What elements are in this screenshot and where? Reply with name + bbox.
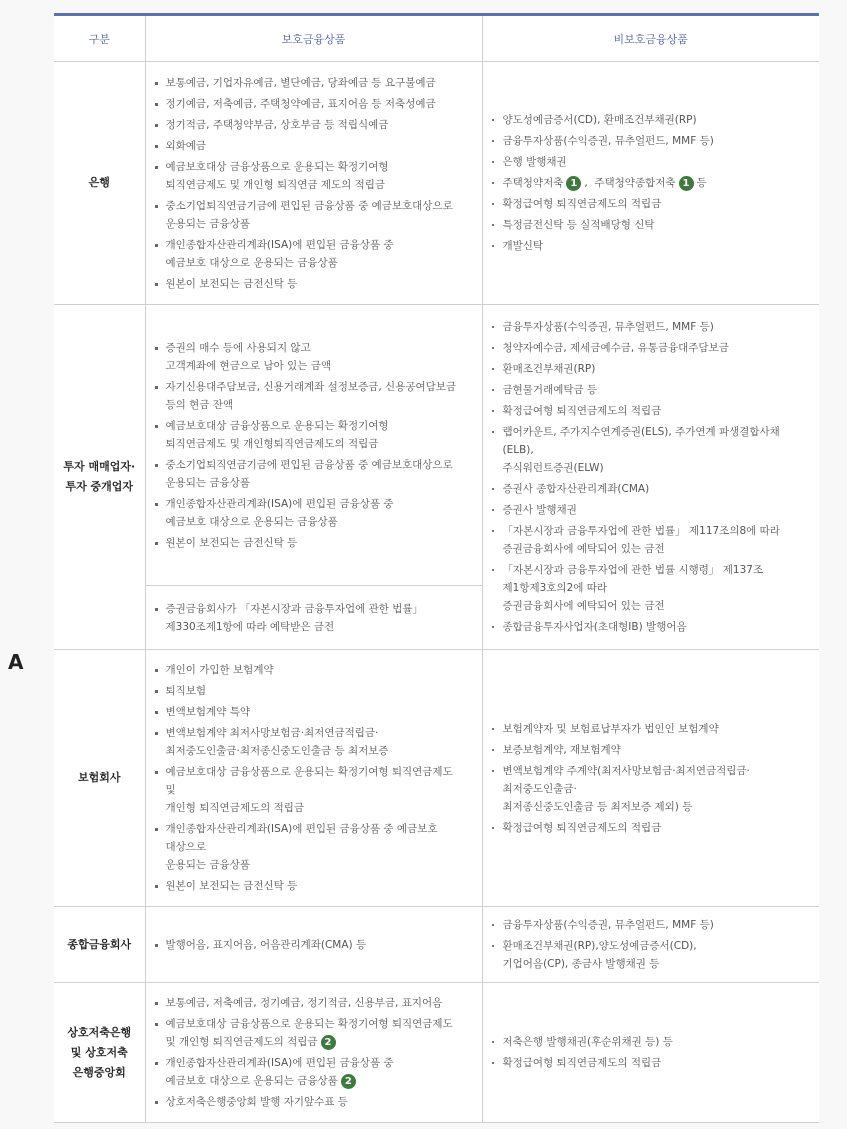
footnote-badge[interactable]: 2 xyxy=(341,1074,356,1089)
list-item: 주택청약저축1, 주택청약종합저축1등 xyxy=(491,174,812,192)
protected-invest-sub: 증권금융회사가 「자본시장과 금융투자업에 관한 법률」 제330조제1항에 따… xyxy=(145,586,482,650)
list-item: 퇴직보험 xyxy=(154,682,474,700)
item-text: 주택청약저축 xyxy=(503,177,564,189)
list-item: 개인종합자산관리계좌(ISA)에 편입된 금융상품 중 예금보호 대상으로 운용… xyxy=(154,495,474,531)
list-item: 확정급여형 퇴직연금제도의 적립금 xyxy=(491,402,812,420)
list-item: 예금보호대상 금융상품으로 운용되는 확정기여형 퇴직연금제도 및 개인형퇴직연… xyxy=(154,417,474,453)
list-item: 개인종합자산관리계좌(ISA)에 편입된 금융상품 중 예금보호 대상으로 운용… xyxy=(154,820,474,874)
footnote-badge[interactable]: 1 xyxy=(679,176,694,191)
list-item: 원본이 보전되는 금전신탁 등 xyxy=(154,534,474,552)
list-item: 「자본시장과 금융투자업에 관한 법률」 제117조의8에 따라 증권금융회사에… xyxy=(491,522,812,558)
list-item: 특정금전신탁 등 실적배당형 신탁 xyxy=(491,216,812,234)
item-text: 예금보호대상 금융상품으로 운용되는 확정기여형 퇴직연금제도 및 개인형 퇴직… xyxy=(166,1018,453,1048)
list-item: 예금보호대상 금융상품으로 운용되는 확정기여형 퇴직연금제도 및 개인형 퇴직… xyxy=(154,763,474,817)
list-item: 변액보험계약 특약 xyxy=(154,703,474,721)
list-item: 금현물거래예탁금 등 xyxy=(491,381,812,399)
list-item: 개인종합자산관리계좌(ISA)에 편입된 금융상품 중 예금보호 대상으로 운용… xyxy=(154,1054,474,1090)
list-item: 보험계약자 및 보험료납부자가 법인인 보험계약 xyxy=(491,720,812,738)
table-row-savings: 상호저축은행 및 상호저축 은행중앙회 보통예금, 저축예금, 정기예금, 정기… xyxy=(54,983,819,1123)
protected-insurance: 개인이 가입한 보험계약 퇴직보험 변액보험계약 특약 변액보험계약 최저사망보… xyxy=(145,650,482,907)
list-item: 양도성예금증서(CD), 환매조건부채권(RP) xyxy=(491,111,812,129)
list-item: 외화예금 xyxy=(154,137,474,155)
header-category: 구분 xyxy=(54,15,145,62)
protected-merchant: 발행어음, 표지어음, 어음관리계좌(CMA) 등 xyxy=(145,907,482,983)
list-item: 청약자예수금, 제세금예수금, 유통금융대주담보금 xyxy=(491,339,812,357)
section-label: A xyxy=(8,650,23,674)
list-item: 증권사 종합자산관리계좌(CMA) xyxy=(491,480,812,498)
list-item: 확정급여형 퇴직연금제도의 적립금 xyxy=(491,1054,812,1072)
list-item: 확정급여형 퇴직연금제도의 적립금 xyxy=(491,819,812,837)
list-item: 환매조건부채권(RP),양도성예금증서(CD), 기업어음(CP), 종금사 발… xyxy=(491,937,812,973)
unprotected-insurance: 보험계약자 및 보험료납부자가 법인인 보험계약 보증보험계약, 재보험계약 변… xyxy=(482,650,819,907)
category-merchant: 종합금융회사 xyxy=(54,907,145,983)
list-item: 중소기업퇴직연금기금에 편입된 금융상품 중 예금보호대상으로 운용되는 금융상… xyxy=(154,456,474,492)
header-protected: 보호금융상품 xyxy=(145,15,482,62)
protected-invest: 증권의 매수 등에 사용되지 않고 고객계좌에 현금으로 남아 있는 금액 자기… xyxy=(145,305,482,586)
list-item: 개인이 가입한 보험계약 xyxy=(154,661,474,679)
table-row-merchant: 종합금융회사 발행어음, 표지어음, 어음관리계좌(CMA) 등 금융투자상품(… xyxy=(54,907,819,983)
header-unprotected: 비보호금융상품 xyxy=(482,15,819,62)
list-item: 상호저축은행중앙회 발행 자기앞수표 등 xyxy=(154,1093,474,1111)
category-insurance: 보험회사 xyxy=(54,650,145,907)
table-row-bank: 은행 보통예금, 기업자유예금, 별단예금, 당좌예금 등 요구불예금 정기예금… xyxy=(54,62,819,305)
item-text: 등 xyxy=(697,177,707,189)
list-item: 은행 발행채권 xyxy=(491,153,812,171)
list-item: 발행어음, 표지어음, 어음관리계좌(CMA) 등 xyxy=(154,936,474,954)
list-item: 증권금융회사가 「자본시장과 금융투자업에 관한 법률」 제330조제1항에 따… xyxy=(154,600,474,636)
list-item: 변액보험계약 최저사망보험금·최저연금적립금· 최저중도인출금·최저종신중도인출… xyxy=(154,724,474,760)
list-item: 정기적금, 주택청약부금, 상호부금 등 적립식예금 xyxy=(154,116,474,134)
category-invest: 투자 매매업자· 투자 중개업자 xyxy=(54,305,145,650)
list-item: 「자본시장과 금융투자업에 관한 법률 시행령」 제137조 제1항제3호의2에… xyxy=(491,561,812,615)
list-item: 랩어카운트, 주가지수연계증권(ELS), 주가연계 파생결합사채 (ELB),… xyxy=(491,423,812,477)
list-item: 변액보험계약 주계약(최저사망보험금·최저연금적립금· 최저중도인출금· 최저종… xyxy=(491,762,812,816)
list-item: 개발신탁 xyxy=(491,237,812,255)
deposit-protection-table: 구분 보호금융상품 비보호금융상품 은행 보통예금, 기업자유예금, 별단예금,… xyxy=(54,13,819,1123)
category-bank: 은행 xyxy=(54,62,145,305)
list-item: 중소기업퇴직연금기금에 편입된 금융상품 중 예금보호대상으로 운용되는 금융상… xyxy=(154,197,474,233)
unprotected-bank: 양도성예금증서(CD), 환매조건부채권(RP) 금융투자상품(수익증권, 뮤추… xyxy=(482,62,819,305)
protected-savings: 보통예금, 저축예금, 정기예금, 정기적금, 신용부금, 표지어음 예금보호대… xyxy=(145,983,482,1123)
list-item: 증권사 발행채권 xyxy=(491,501,812,519)
footnote-badge[interactable]: 1 xyxy=(566,176,581,191)
list-item: 자기신용대주담보금, 신용거래계좌 설정보증금, 신용공여담보금 등의 현금 잔… xyxy=(154,378,474,414)
item-text: 개인종합자산관리계좌(ISA)에 편입된 금융상품 중 예금보호 대상으로 운용… xyxy=(166,1057,394,1087)
list-item: 증권의 매수 등에 사용되지 않고 고객계좌에 현금으로 남아 있는 금액 xyxy=(154,339,474,375)
list-item: 보증보험계약, 재보험계약 xyxy=(491,741,812,759)
footnote-badge[interactable]: 2 xyxy=(321,1035,336,1050)
list-item: 금융투자상품(수익증권, 뮤추얼펀드, MMF 등) xyxy=(491,318,812,336)
list-item: 예금보호대상 금융상품으로 운용되는 확정기여형 퇴직연금제도 및 개인형 퇴직… xyxy=(154,1015,474,1051)
unprotected-merchant: 금융투자상품(수익증권, 뮤추얼펀드, MMF 등) 환매조건부채권(RP),양… xyxy=(482,907,819,983)
list-item: 예금보호대상 금융상품으로 운용되는 확정기여형 퇴직연금제도 및 개인형 퇴직… xyxy=(154,158,474,194)
table-row-insurance: 보험회사 개인이 가입한 보험계약 퇴직보험 변액보험계약 특약 변액보험계약 … xyxy=(54,650,819,907)
unprotected-invest: 금융투자상품(수익증권, 뮤추얼펀드, MMF 등) 청약자예수금, 제세금예수… xyxy=(482,305,819,650)
list-item: 저축은행 발행채권(후순위채권 등) 등 xyxy=(491,1033,812,1051)
category-savings: 상호저축은행 및 상호저축 은행중앙회 xyxy=(54,983,145,1123)
list-item: 금융투자상품(수익증권, 뮤추얼펀드, MMF 등) xyxy=(491,916,812,934)
list-item: 환매조건부채권(RP) xyxy=(491,360,812,378)
item-text: , 주택청약종합저축 xyxy=(584,177,675,189)
list-item: 확정급여형 퇴직연금제도의 적립금 xyxy=(491,195,812,213)
protected-bank: 보통예금, 기업자유예금, 별단예금, 당좌예금 등 요구불예금 정기예금, 저… xyxy=(145,62,482,305)
list-item: 원본이 보전되는 금전신탁 등 xyxy=(154,877,474,895)
list-item: 금융투자상품(수익증권, 뮤추얼펀드, MMF 등) xyxy=(491,132,812,150)
list-item: 종합금융투자사업자(초대형IB) 발행어음 xyxy=(491,618,812,636)
table-row-invest: 투자 매매업자· 투자 중개업자 증권의 매수 등에 사용되지 않고 고객계좌에… xyxy=(54,305,819,586)
list-item: 원본이 보전되는 금전신탁 등 xyxy=(154,275,474,293)
table-header-row: 구분 보호금융상품 비보호금융상품 xyxy=(54,15,819,62)
list-item: 정기예금, 저축예금, 주택청약예금, 표지어음 등 저축성예금 xyxy=(154,95,474,113)
list-item: 개인종합자산관리계좌(ISA)에 편입된 금융상품 중 예금보호 대상으로 운용… xyxy=(154,236,474,272)
unprotected-savings: 저축은행 발행채권(후순위채권 등) 등 확정급여형 퇴직연금제도의 적립금 xyxy=(482,983,819,1123)
list-item: 보통예금, 저축예금, 정기예금, 정기적금, 신용부금, 표지어음 xyxy=(154,994,474,1012)
list-item: 보통예금, 기업자유예금, 별단예금, 당좌예금 등 요구불예금 xyxy=(154,74,474,92)
